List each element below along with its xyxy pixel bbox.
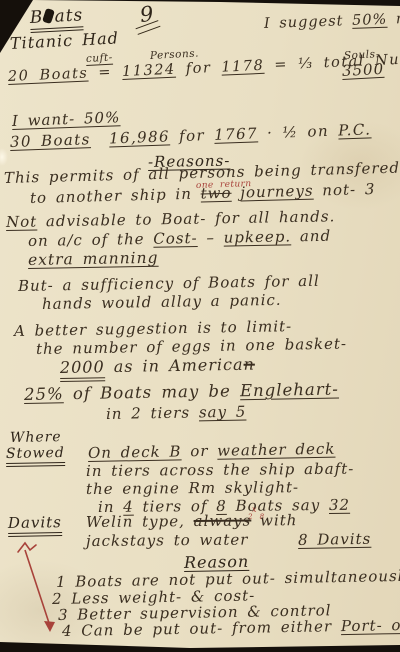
doc-title: Boats: [29, 5, 84, 33]
scanned-document: { "colors":{"paper":"#e9dfc3","backgroun…: [0, 0, 400, 652]
englehart-2: in 2 tiers say 5: [106, 403, 247, 424]
souls-number: 3500: [342, 60, 385, 81]
sufficiency-2: hands would allay a panic.: [42, 291, 282, 314]
titanic-had: Titanic Had: [9, 28, 119, 54]
margin-stowed: Stowed: [6, 445, 65, 467]
better-suggestion-3: 2000 as in American: [60, 355, 255, 382]
want-line: I want- 50%: [12, 108, 121, 131]
not-advisable-2: on a/c of the Cost- – upkeep. and: [28, 227, 331, 251]
suggest-note: I suggest 50% more: [264, 9, 400, 33]
stowed-2: in tiers across the ship abaft-: [86, 460, 354, 481]
davits-2: jackstays to water: [86, 531, 249, 551]
davits-1: Welin type, always with: [86, 511, 298, 532]
davits-count: 8 Davits: [298, 530, 372, 550]
doc-title-text: Boats: [29, 7, 84, 33]
red-arrow: [8, 534, 78, 644]
red-tick-mark: [18, 543, 36, 552]
red-arrowhead: [44, 621, 55, 632]
paper-edge-mark: [0, 148, 8, 166]
not-advisable-3: extra manning: [28, 249, 159, 271]
englehart-1: 25% of Boats may be Englehart-: [24, 380, 339, 406]
document-page: Boats 9 I suggest 50% more Titanic Had c…: [0, 0, 400, 652]
